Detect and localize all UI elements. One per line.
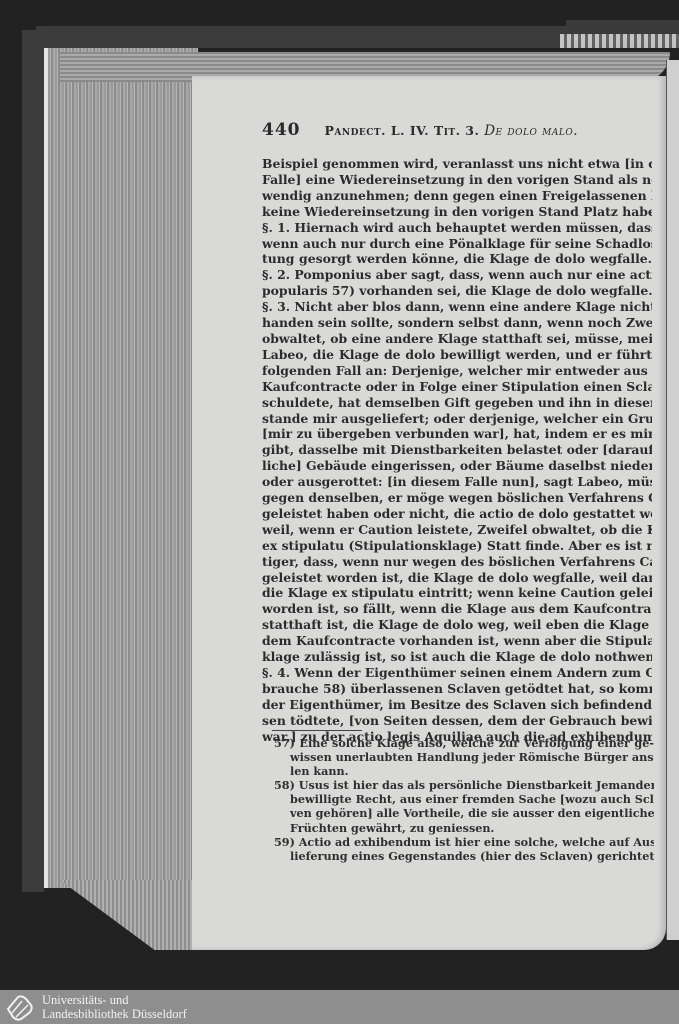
- body-line: Kaufcontracte oder in Folge einer Stipul…: [262, 379, 652, 395]
- body-line: tiger, dass, wenn nur wegen des bösliche…: [262, 554, 652, 570]
- book-page: 440 Pandect. L. IV. Tit. 3. De dolo malo…: [192, 76, 666, 950]
- body-line: Falle] eine Wiedereinsetzung in den vori…: [262, 172, 652, 188]
- body-line: schuldete, hat demselben Gift gegeben un…: [262, 395, 652, 411]
- body-line: liche] Gebäude eingerissen, oder Bäume d…: [262, 458, 652, 474]
- body-line: worden ist, so fällt, wenn die Klage aus…: [262, 601, 652, 617]
- body-line: popularis 57) vorhanden sei, die Klage d…: [262, 283, 652, 299]
- footnote-58-line: ven gehören] alle Vortheile, die sie aus…: [274, 806, 654, 820]
- footnote-57-line: wissen unerlaubten Handlung jeder Römisc…: [274, 750, 654, 764]
- library-name-line2: Landesbibliothek Düsseldorf: [42, 1007, 187, 1021]
- library-footer: Universitäts- und Landesbibliothek Düsse…: [0, 990, 679, 1024]
- body-line: §. 2. Pomponius aber sagt, dass, wenn au…: [262, 267, 652, 283]
- body-line: die Klage ex stipulatu eintritt; wenn ke…: [262, 585, 652, 601]
- body-line: §. 1. Hiernach wird auch behauptet werde…: [262, 220, 652, 236]
- body-line: gibt, dasselbe mit Dienstbarkeiten belas…: [262, 442, 652, 458]
- footnote-59-line: 59) Actio ad exhibendum ist hier eine so…: [274, 835, 654, 849]
- page-number: 440: [262, 120, 301, 140]
- body-line: stande mir ausgeliefert; oder derjenige,…: [262, 411, 652, 427]
- running-head-text: Pandect. L. IV. Tit. 3.: [325, 123, 480, 138]
- page-block-edge: [44, 48, 198, 888]
- book-logo-icon: [4, 993, 34, 1021]
- running-head-italic: De dolo malo.: [484, 123, 578, 139]
- body-line: keine Wiedereinsetzung in den vorigen St…: [262, 204, 652, 220]
- body-line: wenn auch nur durch eine Pönalklage für …: [262, 236, 652, 252]
- book-cover-left: [22, 30, 44, 892]
- body-line: klage zulässig ist, so ist auch die Klag…: [262, 649, 652, 665]
- library-name: Universitäts- und Landesbibliothek Düsse…: [42, 993, 187, 1021]
- footnote-57-line: len kann.: [274, 764, 654, 778]
- body-line: [mir zu übergeben verbunden war], hat, i…: [262, 426, 652, 442]
- footnote-58-line: bewilligte Recht, aus einer fremden Sach…: [274, 792, 654, 806]
- running-head-title: Pandect. L. IV. Tit. 3. De dolo malo.: [325, 123, 579, 139]
- page-block-bottom: [60, 880, 195, 950]
- footnote-59-line: lieferung eines Gegenstandes (hier des S…: [274, 849, 654, 863]
- body-line: §. 4. Wenn der Eigenthümer seinen einem …: [262, 665, 652, 681]
- body-line: Beispiel genommen wird, veranlasst uns n…: [262, 156, 652, 172]
- running-head: 440 Pandect. L. IV. Tit. 3. De dolo malo…: [262, 120, 642, 140]
- body-line: statthaft ist, die Klage de dolo weg, we…: [262, 617, 652, 633]
- book-cover-top: [36, 26, 566, 48]
- body-line: ex stipulatu (Stipulationsklage) Statt f…: [262, 538, 652, 554]
- library-name-line1: Universitäts- und: [42, 993, 187, 1007]
- body-line: §. 3. Nicht aber blos dann, wenn eine an…: [262, 299, 652, 315]
- footnote-58-line: 58) Usus ist hier das als persönliche Di…: [274, 778, 654, 792]
- body-line: gegen denselben, er möge wegen böslichen…: [262, 490, 652, 506]
- body-text: Beispiel genommen wird, veranlasst uns n…: [262, 156, 652, 745]
- book-headband: [560, 34, 679, 48]
- body-line: der Eigenthümer, im Besitze des Sclaven …: [262, 697, 652, 713]
- body-line: obwaltet, ob eine andere Klage statthaft…: [262, 331, 652, 347]
- body-line: folgenden Fall an: Derjenige, welcher mi…: [262, 363, 652, 379]
- footnotes: 57) Eine solche Klage also, welche zur V…: [274, 736, 654, 863]
- body-line: dem Kaufcontracte vorhanden ist, wenn ab…: [262, 633, 652, 649]
- body-line: sen tödtete, [von Seiten dessen, dem der…: [262, 713, 652, 729]
- body-line: weil, wenn er Caution leistete, Zweifel …: [262, 522, 652, 538]
- body-line: Labeo, die Klage de dolo bewilligt werde…: [262, 347, 652, 363]
- footnote-58-line: Früchten gewährt, zu geniessen.: [274, 821, 654, 835]
- book-scan: 440 Pandect. L. IV. Tit. 3. De dolo malo…: [0, 0, 679, 990]
- body-line: oder ausgerottet: [in diesem Falle nun],…: [262, 474, 652, 490]
- footnote-rule: [272, 730, 362, 731]
- body-line: wendig anzunehmen; denn gegen einen Frei…: [262, 188, 652, 204]
- body-line: brauche 58) überlassenen Sclaven getödte…: [262, 681, 652, 697]
- body-line: handen sein sollte, sondern selbst dann,…: [262, 315, 652, 331]
- body-line: geleistet haben oder nicht, die actio de…: [262, 506, 652, 522]
- facing-page-edge: [666, 60, 679, 940]
- body-line: tung gesorgt werden könne, die Klage de …: [262, 251, 652, 267]
- body-line: geleistet worden ist, die Klage de dolo …: [262, 570, 652, 586]
- footnote-57-line: 57) Eine solche Klage also, welche zur V…: [274, 736, 654, 750]
